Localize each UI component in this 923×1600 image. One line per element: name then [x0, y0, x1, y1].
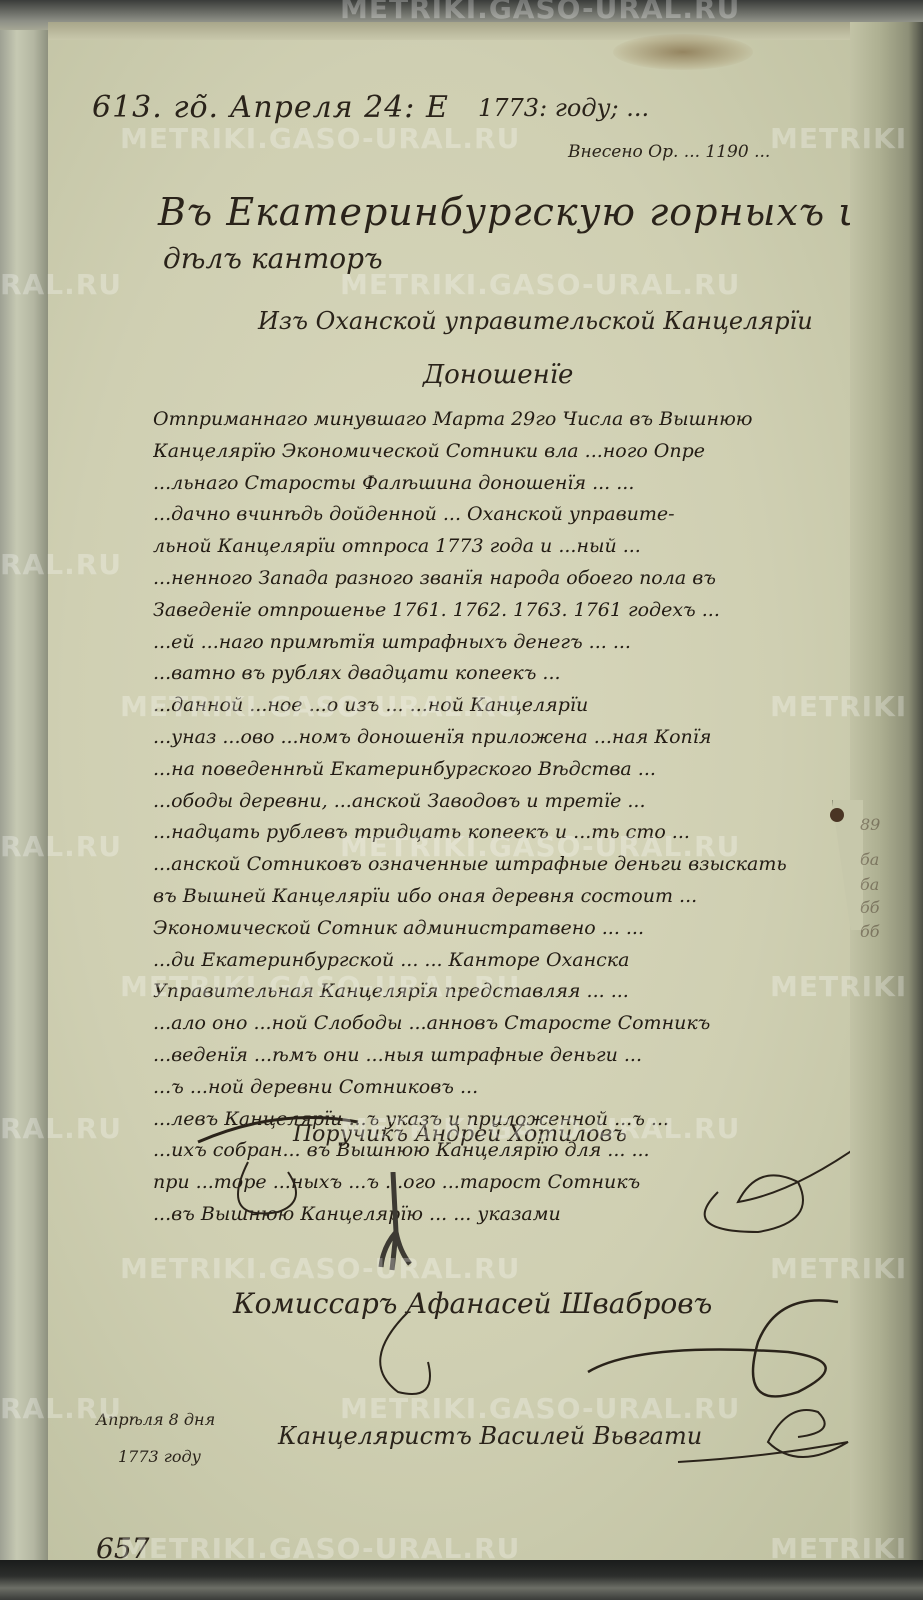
- margin-number: 89: [860, 815, 880, 834]
- header-left: 613. го̃. Апреля 24: Е: [92, 90, 449, 125]
- watermark: METRIKI: [770, 122, 907, 155]
- watermark: RAL.RU: [0, 268, 122, 301]
- document-type-heading: Доношенїе: [423, 360, 573, 390]
- ink-blot: [830, 808, 844, 822]
- watermark: METRIKI: [770, 1532, 907, 1565]
- watermark: RAL.RU: [0, 548, 122, 581]
- watermark: METRIKI: [770, 1252, 907, 1285]
- body-line: ...на поведеннѣй Екатеринбургского Вѣдст…: [153, 754, 913, 786]
- watermark: METRIKI.GASO-URAL.RU: [340, 830, 740, 863]
- left-binding-strip: [0, 0, 48, 1600]
- watermark: RAL.RU: [0, 1112, 122, 1145]
- body-line: ...ватно въ рублях двадцати копеекъ ...: [153, 658, 913, 690]
- watermark: METRIKI.GASO-URAL.RU: [340, 1112, 740, 1145]
- body-line: Отприманнаго минувшаго Марта 29го Числа …: [153, 404, 913, 436]
- watermark: METRIKI.GASO-URAL.RU: [120, 122, 520, 155]
- body-line: ...льнаго Старосты Фалѣшина доношенїя ..…: [153, 468, 913, 500]
- watermark: METRIKI.GASO-URAL.RU: [340, 0, 740, 25]
- margin-number: ба: [860, 850, 879, 869]
- watermark: METRIKI.GASO-URAL.RU: [340, 1392, 740, 1425]
- watermark: RAL.RU: [0, 830, 122, 863]
- margin-number: бб: [860, 898, 880, 917]
- watermark: METRIKI.GASO-URAL.RU: [120, 970, 520, 1003]
- body-line: Заведенїе отпрошенье 1761. 1762. 1763. 1…: [153, 595, 913, 627]
- header-right-sub: Внесено Ор. ... 1190 ...: [568, 142, 770, 162]
- document-page: 613. го̃. Апреля 24: Е 1773: году; ... В…: [48, 22, 878, 1570]
- watermark: METRIKI: [770, 690, 907, 723]
- margin-number: ба: [860, 875, 879, 894]
- margin-number: бб: [860, 922, 880, 941]
- body-line: Экономической Сотник администратвено ...…: [153, 913, 913, 945]
- right-page-edge: [850, 22, 923, 1570]
- watermark: METRIKI.GASO-URAL.RU: [340, 268, 740, 301]
- water-stain: [613, 34, 753, 70]
- subtitle: Изъ Оханской управительской Канцелярїи: [258, 307, 813, 335]
- body-line: ...уназ ...ово ...номъ доношенїя приложе…: [153, 722, 913, 754]
- title-line-1: Въ Екатеринбургскую горныхъ и земскихъ: [158, 190, 923, 234]
- body-line: ...веденїя ...ѣмъ они ...ныя штрафные де…: [153, 1040, 913, 1072]
- header-right: 1773: году; ...: [478, 94, 649, 122]
- watermark: METRIKI: [770, 970, 907, 1003]
- body-line: ...ало оно ...ной Слободы ...анновъ Стар…: [153, 1008, 913, 1040]
- body-line: льной Канцелярїи отпроса 1773 года и ...…: [153, 531, 913, 563]
- signature-clerk: Канцеляристъ Василей Вьвгати: [278, 1422, 702, 1450]
- bottom-edge: [0, 1560, 923, 1600]
- body-line: ...ненного Запада разного званїя народа …: [153, 563, 913, 595]
- body-line: Канцелярїю Экономической Сотники вла ...…: [153, 436, 913, 468]
- body-line: ...дачно вчинѣдь дойденной ... Оханской …: [153, 499, 913, 531]
- body-line: ...ей ...наго примѣтїя штрафныхъ денегъ …: [153, 627, 913, 659]
- watermark: METRIKI.GASO-URAL.RU: [120, 1252, 520, 1285]
- margin-date-line-2: 1773 году: [118, 1447, 201, 1466]
- body-line: ...ъ ...ной деревни Сотниковъ ...: [153, 1072, 913, 1104]
- watermark: METRIKI.GASO-URAL.RU: [120, 690, 520, 723]
- body-line: ...ободы деревни, ...анской Заводовъ и т…: [153, 786, 913, 818]
- watermark: METRIKI.GASO-URAL.RU: [120, 1532, 520, 1565]
- body-line: въ Вышней Канцелярїи ибо оная деревня со…: [153, 881, 913, 913]
- watermark: RAL.RU: [0, 1392, 122, 1425]
